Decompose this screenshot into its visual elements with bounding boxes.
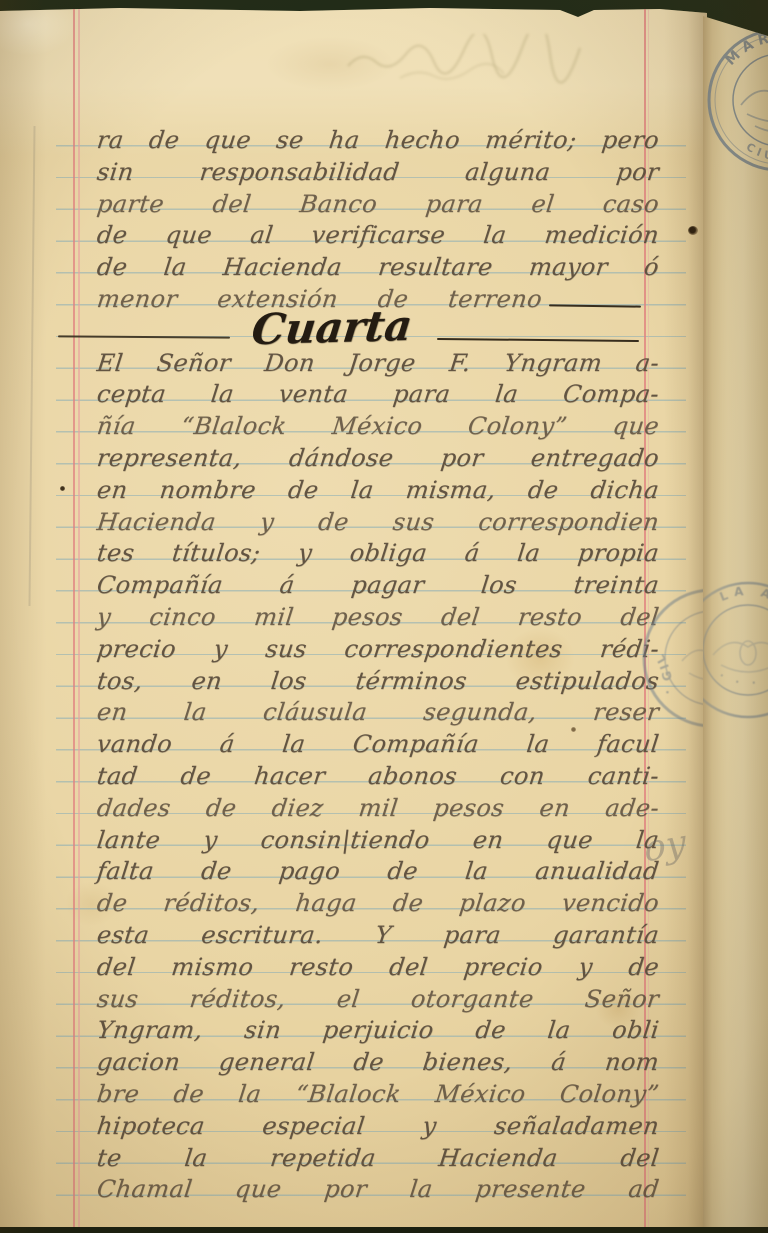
- manuscript-line: tos,enlostérminosestipulados: [95, 664, 661, 698]
- manuscript-line: gaciongeneraldebienes,ánom: [95, 1045, 661, 1079]
- manuscript-line: faltadepagodelaanualidad: [95, 854, 661, 888]
- manuscript-line: Compañíaápagarlostreinta: [95, 568, 661, 602]
- foxing-spot: [60, 486, 65, 491]
- manuscript-line: hipotecaespecialyseñaladamen: [95, 1109, 661, 1143]
- manuscript-line: susréditos,elotorganteSeñor: [95, 982, 661, 1016]
- pencil-margin-mark: [28, 126, 35, 606]
- manuscript-line: estaescritura.Yparagarantía: [95, 918, 661, 952]
- manuscript-line: radequesehahechomérito;pero: [95, 123, 661, 157]
- red-margin-line-left-outer: [73, 6, 75, 1227]
- manuscript-line: representa,dándoseporentregado: [95, 441, 661, 475]
- manuscript-line: ennombredelamisma,dedicha: [95, 473, 661, 507]
- manuscript-line: precioysuscorrespondientesrédi-: [95, 632, 661, 666]
- manuscript-line: dequealverificarselamedición: [95, 218, 661, 252]
- foxing-spot: [571, 727, 576, 732]
- manuscript-line: taddehacerabonosconcanti-: [95, 759, 661, 793]
- notary-seal-stamp: MARIANO CIUDAD: [703, 10, 768, 190]
- manuscript-line: delmismorestodelprecioyde: [95, 950, 661, 984]
- manuscript-line: bredela“BlalockMéxicoColony”: [95, 1077, 661, 1111]
- manuscript-line: testítulos;yobligaálapropia: [95, 536, 661, 570]
- second-seal-stamp: LA A · · · ·: [703, 565, 768, 735]
- manuscript-line: ceptalaventaparalaCompa-: [95, 377, 661, 411]
- manuscript-line: ñía“BlalockMéxicoColony”que: [95, 409, 661, 443]
- manuscript-line: lanteyconsin|tiendoenquela: [95, 823, 661, 857]
- red-margin-line-left-inner: [78, 6, 80, 1227]
- manuscript-line: deréditos,hagadeplazovencido: [95, 886, 661, 920]
- manuscript-line: ycincomilpesosdelrestodel: [95, 600, 661, 634]
- manuscript-line: telarepetidaHaciendadel: [95, 1141, 661, 1175]
- manuscript-line: vandoálaCompañíalafacul: [95, 727, 661, 761]
- manuscript-line: partedelBancoparaelcaso: [95, 187, 661, 221]
- clause-heading: Cuarta: [219, 300, 445, 355]
- scanned-manuscript: radequesehahechomérito;perosinresponsabi…: [0, 0, 768, 1233]
- manuscript-line: delaHaciendaresultaremayoró: [95, 250, 661, 284]
- adjacent-page-edge: MARIANO CIUDAD: [703, 10, 768, 1227]
- manuscript-line: Chamalqueporlapresentead: [95, 1172, 661, 1206]
- eagle-emblem-icon: [713, 641, 768, 672]
- manuscript-line: Yngram,sinperjuiciodelaobli: [95, 1013, 661, 1047]
- manuscript-line: dadesdediezmilpesosenade-: [95, 791, 661, 825]
- show-through-script: [340, 34, 630, 84]
- manuscript-line: sinresponsabilidadalgunapor: [95, 155, 661, 189]
- manuscript-line: enlacláusulasegunda,reser: [95, 695, 661, 729]
- page-fold-shadow: [664, 6, 707, 1227]
- eagle-emblem-icon: [741, 79, 768, 132]
- manuscript-line: Haciendaydesuscorrespondien: [95, 505, 661, 539]
- manuscript-page: radequesehahechomérito;perosinresponsabi…: [0, 6, 707, 1227]
